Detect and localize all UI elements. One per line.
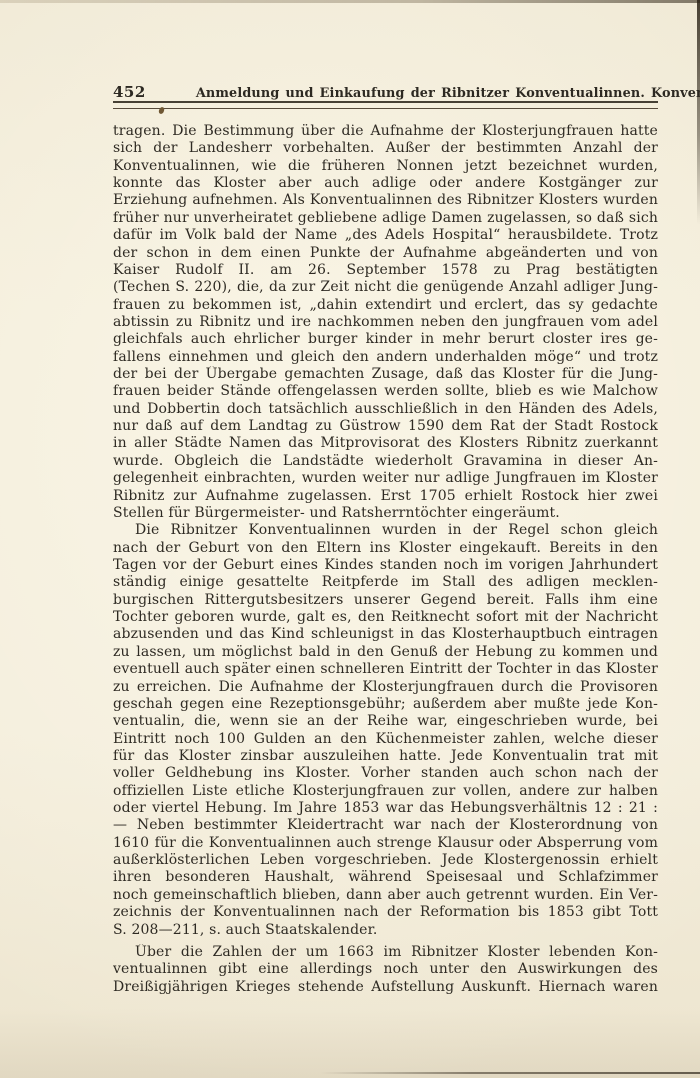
scan-bottom-shade (0, 1008, 700, 1078)
text-line: Dreißigjährigen Krieges stehende Aufstel… (113, 979, 658, 996)
text-line: der schon in dem einen Punkte der Aufnah… (113, 245, 658, 262)
text-line: Die Ribnitzer Konventualinnen wurden in … (113, 522, 658, 539)
text-line: abzusenden und das Kind schleunigst in d… (113, 626, 658, 643)
text-line: Ribnitz zur Aufnahme zugelassen. Erst 17… (113, 488, 658, 505)
text-line: Eintritt noch 100 Gulden an den Küchenme… (113, 731, 658, 748)
running-header: 452 Anmeldung und Einkaufung der Ribnitz… (113, 83, 658, 101)
text-line: außerklösterlichen Leben vorgeschrieben.… (113, 852, 658, 869)
text-line: wurde. Obgleich die Landstädte wiederhol… (113, 453, 658, 470)
text-line: ventualinnen gibt eine allerdings noch u… (113, 961, 658, 978)
scan-edge-top (0, 0, 700, 3)
text-line: S. 208—211, s. auch Staatskalender. (113, 922, 658, 939)
text-line: fallens einnehmen und gleich den andern … (113, 349, 658, 366)
text-line: dafür im Volk bald der Name „des Adels H… (113, 227, 658, 244)
paragraph: tragen. Die Bestimmung über die Aufnahme… (113, 123, 658, 522)
text-line: tragen. Die Bestimmung über die Aufnahme… (113, 123, 658, 140)
text-line: offiziellen Liste etliche Klosterjungfra… (113, 783, 658, 800)
text-line: voller Geldhebung ins Kloster. Vorher st… (113, 765, 658, 782)
text-line: Tagen vor der Geburt eines Kindes stande… (113, 557, 658, 574)
text-line: zu erreichen. Die Aufnahme der Klosterju… (113, 679, 658, 696)
text-line: geschah gegen eine Rezeptionsgebühr; auß… (113, 696, 658, 713)
text-line: sich der Landesherr vorbehalten. Außer d… (113, 140, 658, 157)
text-line: früher nur unverheiratet gebliebene adli… (113, 210, 658, 227)
text-line: nur daß auf dem Landtag zu Güstrow 1590 … (113, 418, 658, 435)
text-line: Erziehung aufnehmen. Als Konventualinnen… (113, 192, 658, 209)
text-line: eventuell auch später einen schnelleren … (113, 661, 658, 678)
text-line: burgischen Rittergutsbesitzers unserer G… (113, 592, 658, 609)
text-line: — Neben bestimmter Kleidertracht war nac… (113, 817, 658, 834)
text-line: frauen beider Stände offengelassen werde… (113, 383, 658, 400)
text-line: Stellen für Bürgermeister- und Ratsherrn… (113, 505, 658, 522)
text-line: (Techen S. 220), die, da zur Zeit nicht … (113, 279, 658, 296)
text-line: zu lassen, um möglichst bald in den Genu… (113, 644, 658, 661)
text-line: gleichfals auch ehrlicher burger kinder … (113, 331, 658, 348)
text-line: in aller Städte Namen das Mitprovisorat … (113, 435, 658, 452)
text-line: ihren besonderen Haushalt, während Speis… (113, 869, 658, 886)
text-line: Tochter geboren wurde, galt es, den Reit… (113, 609, 658, 626)
text-line: 1610 für die Konventualinnen auch streng… (113, 835, 658, 852)
text-line: ventualin, die, wenn sie an der Reihe wa… (113, 713, 658, 730)
text-line: oder viertel Hebung. Im Jahre 1853 war d… (113, 800, 658, 817)
paragraph: Über die Zahlen der um 1663 im Ribnitzer… (113, 944, 658, 996)
paragraph: Die Ribnitzer Konventualinnen wurden in … (113, 522, 658, 939)
text-line: und Dobbertin doch tatsächlich ausschlie… (113, 401, 658, 418)
text-line: Kaiser Rudolf II. am 26. September 1578 … (113, 262, 658, 279)
header-double-rule (113, 101, 658, 109)
text-line: für das Kloster zinsbar auszuleihen hatt… (113, 748, 658, 765)
text-line: der bei der Übergabe gemachten Zusage, d… (113, 366, 658, 383)
text-line: gelegenheit einbrachten, wurden weiter n… (113, 470, 658, 487)
text-line: frauen zu bekommen ist, „dahin extendirt… (113, 297, 658, 314)
text-line: noch gemeinschaftlich blieben, dann aber… (113, 887, 658, 904)
text-line: konnte das Kloster aber auch adlige oder… (113, 175, 658, 192)
scanned-book-page: 452 Anmeldung und Einkaufung der Ribnitz… (0, 0, 700, 1078)
text-line: zeichnis der Konventualinnen nach der Re… (113, 904, 658, 921)
page-number: 452 (113, 83, 146, 101)
text-line: ständig einige gesattelte Reitpferde im … (113, 574, 658, 591)
text-line: nach der Geburt von den Eltern ins Klost… (113, 540, 658, 557)
text-line: Konventualinnen, wie die früheren Nonnen… (113, 158, 658, 175)
text-line: abtissin zu Ribnitz und ire nachkommen n… (113, 314, 658, 331)
text-line: Über die Zahlen der um 1663 im Ribnitzer… (113, 944, 658, 961)
text-block: tragen. Die Bestimmung über die Aufnahme… (113, 123, 658, 996)
ink-speck-artifact (158, 106, 165, 114)
running-head-title: Anmeldung und Einkaufung der Ribnitzer K… (196, 86, 700, 101)
